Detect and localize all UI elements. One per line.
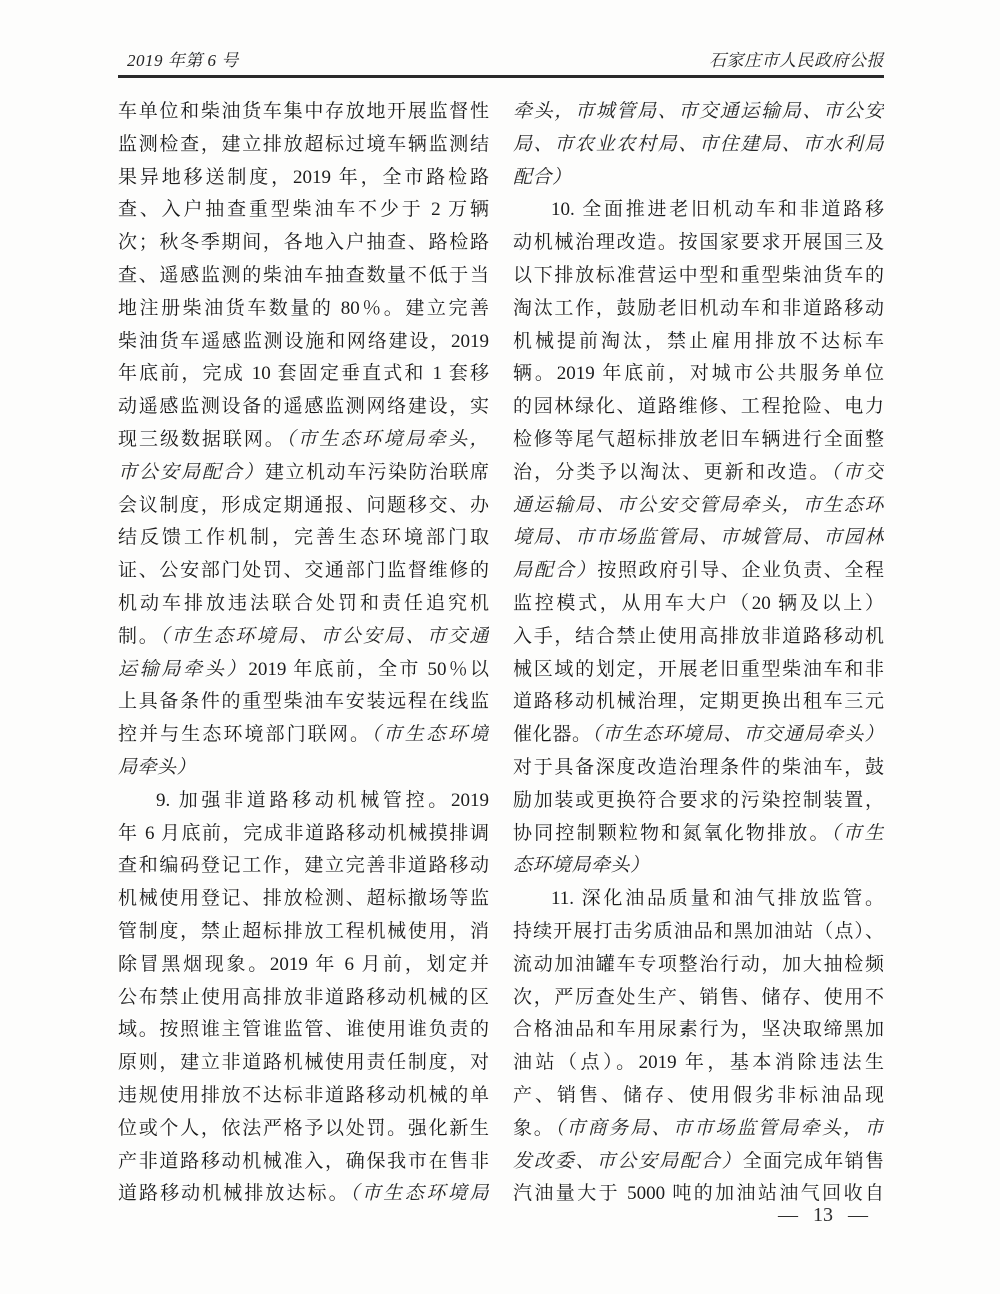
agency-annotation: 市公安局配合） — [118, 462, 265, 483]
body-text: 年底前，完成 10 套固定垂直式和 1 套移 — [118, 363, 489, 384]
gazette-title: 石家庄市人民政府公报 — [709, 46, 884, 71]
body-text: 位或个人，依法严格予以处罚。强化新生 — [118, 1118, 489, 1139]
body-text: 催化器。 — [513, 724, 592, 745]
text-line: 协同控制颗粒物和氮氧化物排放。（市生 — [513, 818, 884, 851]
body-text: 11. 深化油品质量和油气排放监管。 — [551, 888, 884, 909]
text-line: 治，分类予以淘汰、更新和改造。（市交 — [513, 457, 884, 490]
text-line: 油站（点）。2019 年，基本消除违法生 — [513, 1047, 884, 1080]
text-line: 域。按照谁主管谁监管、谁使用谁负责的 — [118, 1014, 489, 1047]
text-line: 年底前，完成 10 套固定垂直式和 1 套移 — [118, 358, 489, 391]
text-line: 催化器。（市生态环境局、市交通局牵头） — [513, 719, 884, 752]
body-text: 动遥感监测设备的遥感监测网络建设，实 — [118, 396, 489, 417]
agency-annotation: （市生态环境局牵头， — [286, 429, 489, 450]
body-text: 淘汰工作，鼓励老旧机动车和非道路移动 — [513, 298, 884, 319]
text-line: 位或个人，依法严格予以处罚。强化新生 — [118, 1113, 489, 1146]
body-text: 次，严厉查处生产、销售、储存、使用不 — [513, 987, 884, 1008]
body-text: 励加装或更换符合要求的污染控制装置， — [513, 790, 884, 811]
text-line: 现三级数据联网。（市生态环境局牵头， — [118, 424, 489, 457]
body-text: 域。按照谁主管谁监管、谁使用谁负责的 — [118, 1019, 489, 1040]
text-line: 辆。2019 年底前，对城市公共服务单位 — [513, 358, 884, 391]
agency-annotation: （市生态环境局、市交通局牵头） — [592, 724, 884, 745]
body-text: 合格油品和车用尿素行为，坚决取缔黑加 — [513, 1019, 884, 1040]
text-line: 局牵头） — [118, 752, 489, 785]
body-text: 辆。2019 年底前，对城市公共服务单位 — [513, 363, 884, 384]
body-text: 柴油货车遥感监测设施和网络建设，2019 — [118, 331, 489, 352]
text-line: 境局、市市场监管局、市城管局、市园林 — [513, 522, 884, 555]
body-text: 象。 — [513, 1118, 555, 1139]
text-line: 道路移动机械排放达标。（市生态环境局 — [118, 1178, 489, 1211]
text-line: 原则，建立非道路机械使用责任制度，对 — [118, 1047, 489, 1080]
right-column: 牵头，市城管局、市交通运输局、市公安局、市农业农村局、市住建局、市水利局配合）1… — [513, 96, 884, 1211]
body-text: 以下排放标准营运中型和重型柴油货车的 — [513, 265, 884, 286]
body-text: 证、公安部门处罚、交通部门监督维修的 — [118, 560, 489, 581]
text-line: 查、遥感监测的柴油车抽查数量不低于当 — [118, 260, 489, 293]
text-line: 入手，结合禁止使用高排放非道路移动机 — [513, 621, 884, 654]
body-text: 入手，结合禁止使用高排放非道路移动机 — [513, 626, 884, 647]
body-text: 违规使用排放不达标非道路移动机械的单 — [118, 1085, 489, 1106]
body-text: 道路移动机械治理，定期更换出租车三元 — [513, 691, 884, 712]
body-text: 油站（点）。2019 年，基本消除违法生 — [513, 1052, 884, 1073]
body-text: 果异地移送制度，2019 年，全市路检路 — [118, 167, 489, 188]
body-text: 2019 年底前，全市 50％以 — [248, 659, 489, 680]
text-line: 对于具备深度改造治理条件的柴油车，鼓 — [513, 752, 884, 785]
text-line: 10. 全面推进老旧机动车和非道路移 — [513, 194, 884, 227]
text-line: 车单位和柴油货车集中存放地开展监督性 — [118, 96, 489, 129]
body-text: 车单位和柴油货车集中存放地开展监督性 — [118, 101, 489, 122]
document-page: 2019 年第 6 号 石家庄市人民政府公报 车单位和柴油货车集中存放地开展监督… — [0, 0, 1000, 1294]
body-text: 按照政府引导、企业负责、全程 — [597, 560, 884, 581]
agency-annotation: 态环境局牵头） — [513, 855, 650, 876]
body-text: 治，分类予以淘汰、更新和改造。 — [513, 462, 831, 483]
text-line: 除冒黑烟现象。2019 年 6 月前，划定并 — [118, 949, 489, 982]
agency-annotation: 境局、市市场监管局、市城管局、市园林 — [513, 527, 884, 548]
body-text: 管制度，禁止超标排放工程机械使用，消 — [118, 921, 489, 942]
agency-annotation: （市生态环境 — [371, 724, 489, 745]
body-text: 查、入户抽查重型柴油车不少于 2 万辆 — [118, 199, 489, 220]
body-text: 机械提前淘汰，禁止雇用排放不达标车 — [513, 331, 884, 352]
body-text: 持续开展打击劣质油品和黑加油站（点）、 — [513, 921, 884, 942]
body-text: 原则，建立非道路机械使用责任制度，对 — [118, 1052, 489, 1073]
text-line: 道路移动机械治理，定期更换出租车三元 — [513, 686, 884, 719]
text-line: 次；秋冬季期间，各地入户抽查、路检路 — [118, 227, 489, 260]
body-text: 的园林绿化、道路维修、工程抢险、电力 — [513, 396, 884, 417]
text-line: 机械提前淘汰，禁止雇用排放不达标车 — [513, 326, 884, 359]
agency-annotation: 通运输局、市公安交管局牵头，市生态环 — [513, 495, 884, 516]
agency-annotation: 局、市农业农村局、市住建局、市水利局 — [513, 134, 884, 155]
text-line: 产非道路移动机械准入，确保我市在售非 — [118, 1146, 489, 1179]
body-text: 地注册柴油货车数量的 80％。建立完善 — [118, 298, 489, 319]
body-text: 查、遥感监测的柴油车抽查数量不低于当 — [118, 265, 489, 286]
two-column-text: 车单位和柴油货车集中存放地开展监督性监测检查，建立排放超标过境车辆监测结果异地移… — [118, 96, 884, 1211]
body-text: 械区域的划定，开展老旧重型柴油车和非 — [513, 659, 884, 680]
text-line: 以下排放标准营运中型和重型柴油货车的 — [513, 260, 884, 293]
text-line: 柴油货车遥感监测设施和网络建设，2019 — [118, 326, 489, 359]
text-line: 配合） — [513, 162, 884, 195]
text-line: 查和编码登记工作，建立完善非道路移动 — [118, 850, 489, 883]
text-line: 9. 加强非道路移动机械管控。2019 — [118, 785, 489, 818]
text-line: 监测检查，建立排放超标过境车辆监测结 — [118, 129, 489, 162]
text-line: 机动车排放违法联合处罚和责任追究机 — [118, 588, 489, 621]
header-rule — [118, 75, 884, 78]
text-line: 械区域的划定，开展老旧重型柴油车和非 — [513, 654, 884, 687]
text-line: 励加装或更换符合要求的污染控制装置， — [513, 785, 884, 818]
body-text: 查和编码登记工作，建立完善非道路移动 — [118, 855, 489, 876]
text-line: 证、公安部门处罚、交通部门监督维修的 — [118, 555, 489, 588]
text-line: 局配合）按照政府引导、企业负责、全程 — [513, 555, 884, 588]
agency-annotation: （市商务局、市市场监管局牵头，市 — [555, 1118, 884, 1139]
text-line: 动遥感监测设备的遥感监测网络建设，实 — [118, 391, 489, 424]
text-line: 市公安局配合）建立机动车污染防治联席 — [118, 457, 489, 490]
text-line: 发改委、市公安局配合）全面完成年销售 — [513, 1146, 884, 1179]
text-line: 牵头，市城管局、市交通运输局、市公安 — [513, 96, 884, 129]
body-text: 制。 — [118, 626, 160, 647]
body-text: 年 6 月底前，完成非道路移动机械摸排调 — [118, 823, 489, 844]
body-text: 全面完成年销售 — [743, 1151, 884, 1172]
body-text: 动机械治理改造。按国家要求开展国三及 — [513, 232, 884, 253]
body-text: 建立机动车污染防治联席 — [265, 462, 489, 483]
text-line: 地注册柴油货车数量的 80％。建立完善 — [118, 293, 489, 326]
body-text: 10. 全面推进老旧机动车和非道路移 — [551, 199, 884, 220]
agency-annotation: （市生态环境局 — [350, 1183, 489, 1204]
body-text: 检修等尾气超标排放老旧车辆进行全面整 — [513, 429, 884, 450]
agency-annotation: （市生态环境局、市公安局、市交通 — [160, 626, 489, 647]
body-text: 结反馈工作机制，完善生态环境部门取 — [118, 527, 489, 548]
text-line: 年 6 月底前，完成非道路移动机械摸排调 — [118, 818, 489, 851]
text-line: 合格油品和车用尿素行为，坚决取缔黑加 — [513, 1014, 884, 1047]
body-text: 协同控制颗粒物和氮氧化物排放。 — [513, 823, 831, 844]
text-line: 制。（市生态环境局、市公安局、市交通 — [118, 621, 489, 654]
text-line: 持续开展打击劣质油品和黑加油站（点）、 — [513, 916, 884, 949]
text-line: 态环境局牵头） — [513, 850, 884, 883]
text-line: 象。（市商务局、市市场监管局牵头，市 — [513, 1113, 884, 1146]
issue-number: 2019 年第 6 号 — [118, 46, 239, 71]
text-line: 查、入户抽查重型柴油车不少于 2 万辆 — [118, 194, 489, 227]
text-line: 违规使用排放不达标非道路移动机械的单 — [118, 1080, 489, 1113]
text-line: 上具备条件的重型柴油车安装远程在线监 — [118, 686, 489, 719]
agency-annotation: （市交 — [831, 462, 884, 483]
body-text: 监控模式，从用车大户（20 辆及以上） — [513, 593, 884, 614]
body-text: 会议制度，形成定期通报、问题移交、办 — [118, 495, 489, 516]
agency-annotation: 牵头，市城管局、市交通运输局、市公安 — [513, 101, 884, 122]
body-text: 现三级数据联网。 — [118, 429, 286, 450]
agency-annotation: 配合） — [513, 167, 572, 188]
text-line: 结反馈工作机制，完善生态环境部门取 — [118, 522, 489, 555]
text-line: 动机械治理改造。按国家要求开展国三及 — [513, 227, 884, 260]
page-header: 2019 年第 6 号 石家庄市人民政府公报 — [118, 46, 884, 71]
text-line: 公布禁止使用高排放非道路移动机械的区 — [118, 982, 489, 1015]
agency-annotation: 运输局牵头） — [118, 659, 248, 680]
agency-annotation: 发改委、市公安局配合） — [513, 1151, 743, 1172]
text-line: 通运输局、市公安交管局牵头，市生态环 — [513, 490, 884, 523]
body-text: 公布禁止使用高排放非道路移动机械的区 — [118, 987, 489, 1008]
text-line: 局、市农业农村局、市住建局、市水利局 — [513, 129, 884, 162]
body-text: 产、销售、储存、使用假劣非标油品现 — [513, 1085, 884, 1106]
text-line: 11. 深化油品质量和油气排放监管。 — [513, 883, 884, 916]
text-line: 会议制度，形成定期通报、问题移交、办 — [118, 490, 489, 523]
text-line: 流动加油罐车专项整治行动，加大抽检频 — [513, 949, 884, 982]
body-text: 监测检查，建立排放超标过境车辆监测结 — [118, 134, 489, 155]
text-line: 次，严厉查处生产、销售、储存、使用不 — [513, 982, 884, 1015]
agency-annotation: （市生 — [831, 823, 884, 844]
text-line: 管制度，禁止超标排放工程机械使用，消 — [118, 916, 489, 949]
body-text: 控并与生态环境部门联网。 — [118, 724, 371, 745]
body-text: 9. 加强非道路移动机械管控。2019 — [156, 790, 489, 811]
left-column: 车单位和柴油货车集中存放地开展监督性监测检查，建立排放超标过境车辆监测结果异地移… — [118, 96, 489, 1211]
body-text: 机械使用登记、排放检测、超标撤场等监 — [118, 888, 489, 909]
body-text: 流动加油罐车专项整治行动，加大抽检频 — [513, 954, 884, 975]
text-line: 的园林绿化、道路维修、工程抢险、电力 — [513, 391, 884, 424]
text-line: 监控模式，从用车大户（20 辆及以上） — [513, 588, 884, 621]
body-text: 汽油量大于 5000 吨的加油站油气回收自 — [513, 1183, 884, 1204]
text-line: 控并与生态环境部门联网。（市生态环境 — [118, 719, 489, 752]
body-text: 次；秋冬季期间，各地入户抽查、路检路 — [118, 232, 489, 253]
text-line: 机械使用登记、排放检测、超标撤场等监 — [118, 883, 489, 916]
text-line: 淘汰工作，鼓励老旧机动车和非道路移动 — [513, 293, 884, 326]
body-text: 产非道路移动机械准入，确保我市在售非 — [118, 1151, 489, 1172]
body-text: 机动车排放违法联合处罚和责任追究机 — [118, 593, 489, 614]
body-text: 除冒黑烟现象。2019 年 6 月前，划定并 — [118, 954, 489, 975]
body-text: 上具备条件的重型柴油车安装远程在线监 — [118, 691, 489, 712]
text-line: 产、销售、储存、使用假劣非标油品现 — [513, 1080, 884, 1113]
text-line: 检修等尾气超标排放老旧车辆进行全面整 — [513, 424, 884, 457]
agency-annotation: 局配合） — [513, 560, 597, 581]
text-line: 果异地移送制度，2019 年，全市路检路 — [118, 162, 489, 195]
body-text: 道路移动机械排放达标。 — [118, 1183, 350, 1204]
agency-annotation: 局牵头） — [118, 757, 196, 778]
body-text: 对于具备深度改造治理条件的柴油车，鼓 — [513, 757, 884, 778]
text-line: 运输局牵头）2019 年底前，全市 50％以 — [118, 654, 489, 687]
